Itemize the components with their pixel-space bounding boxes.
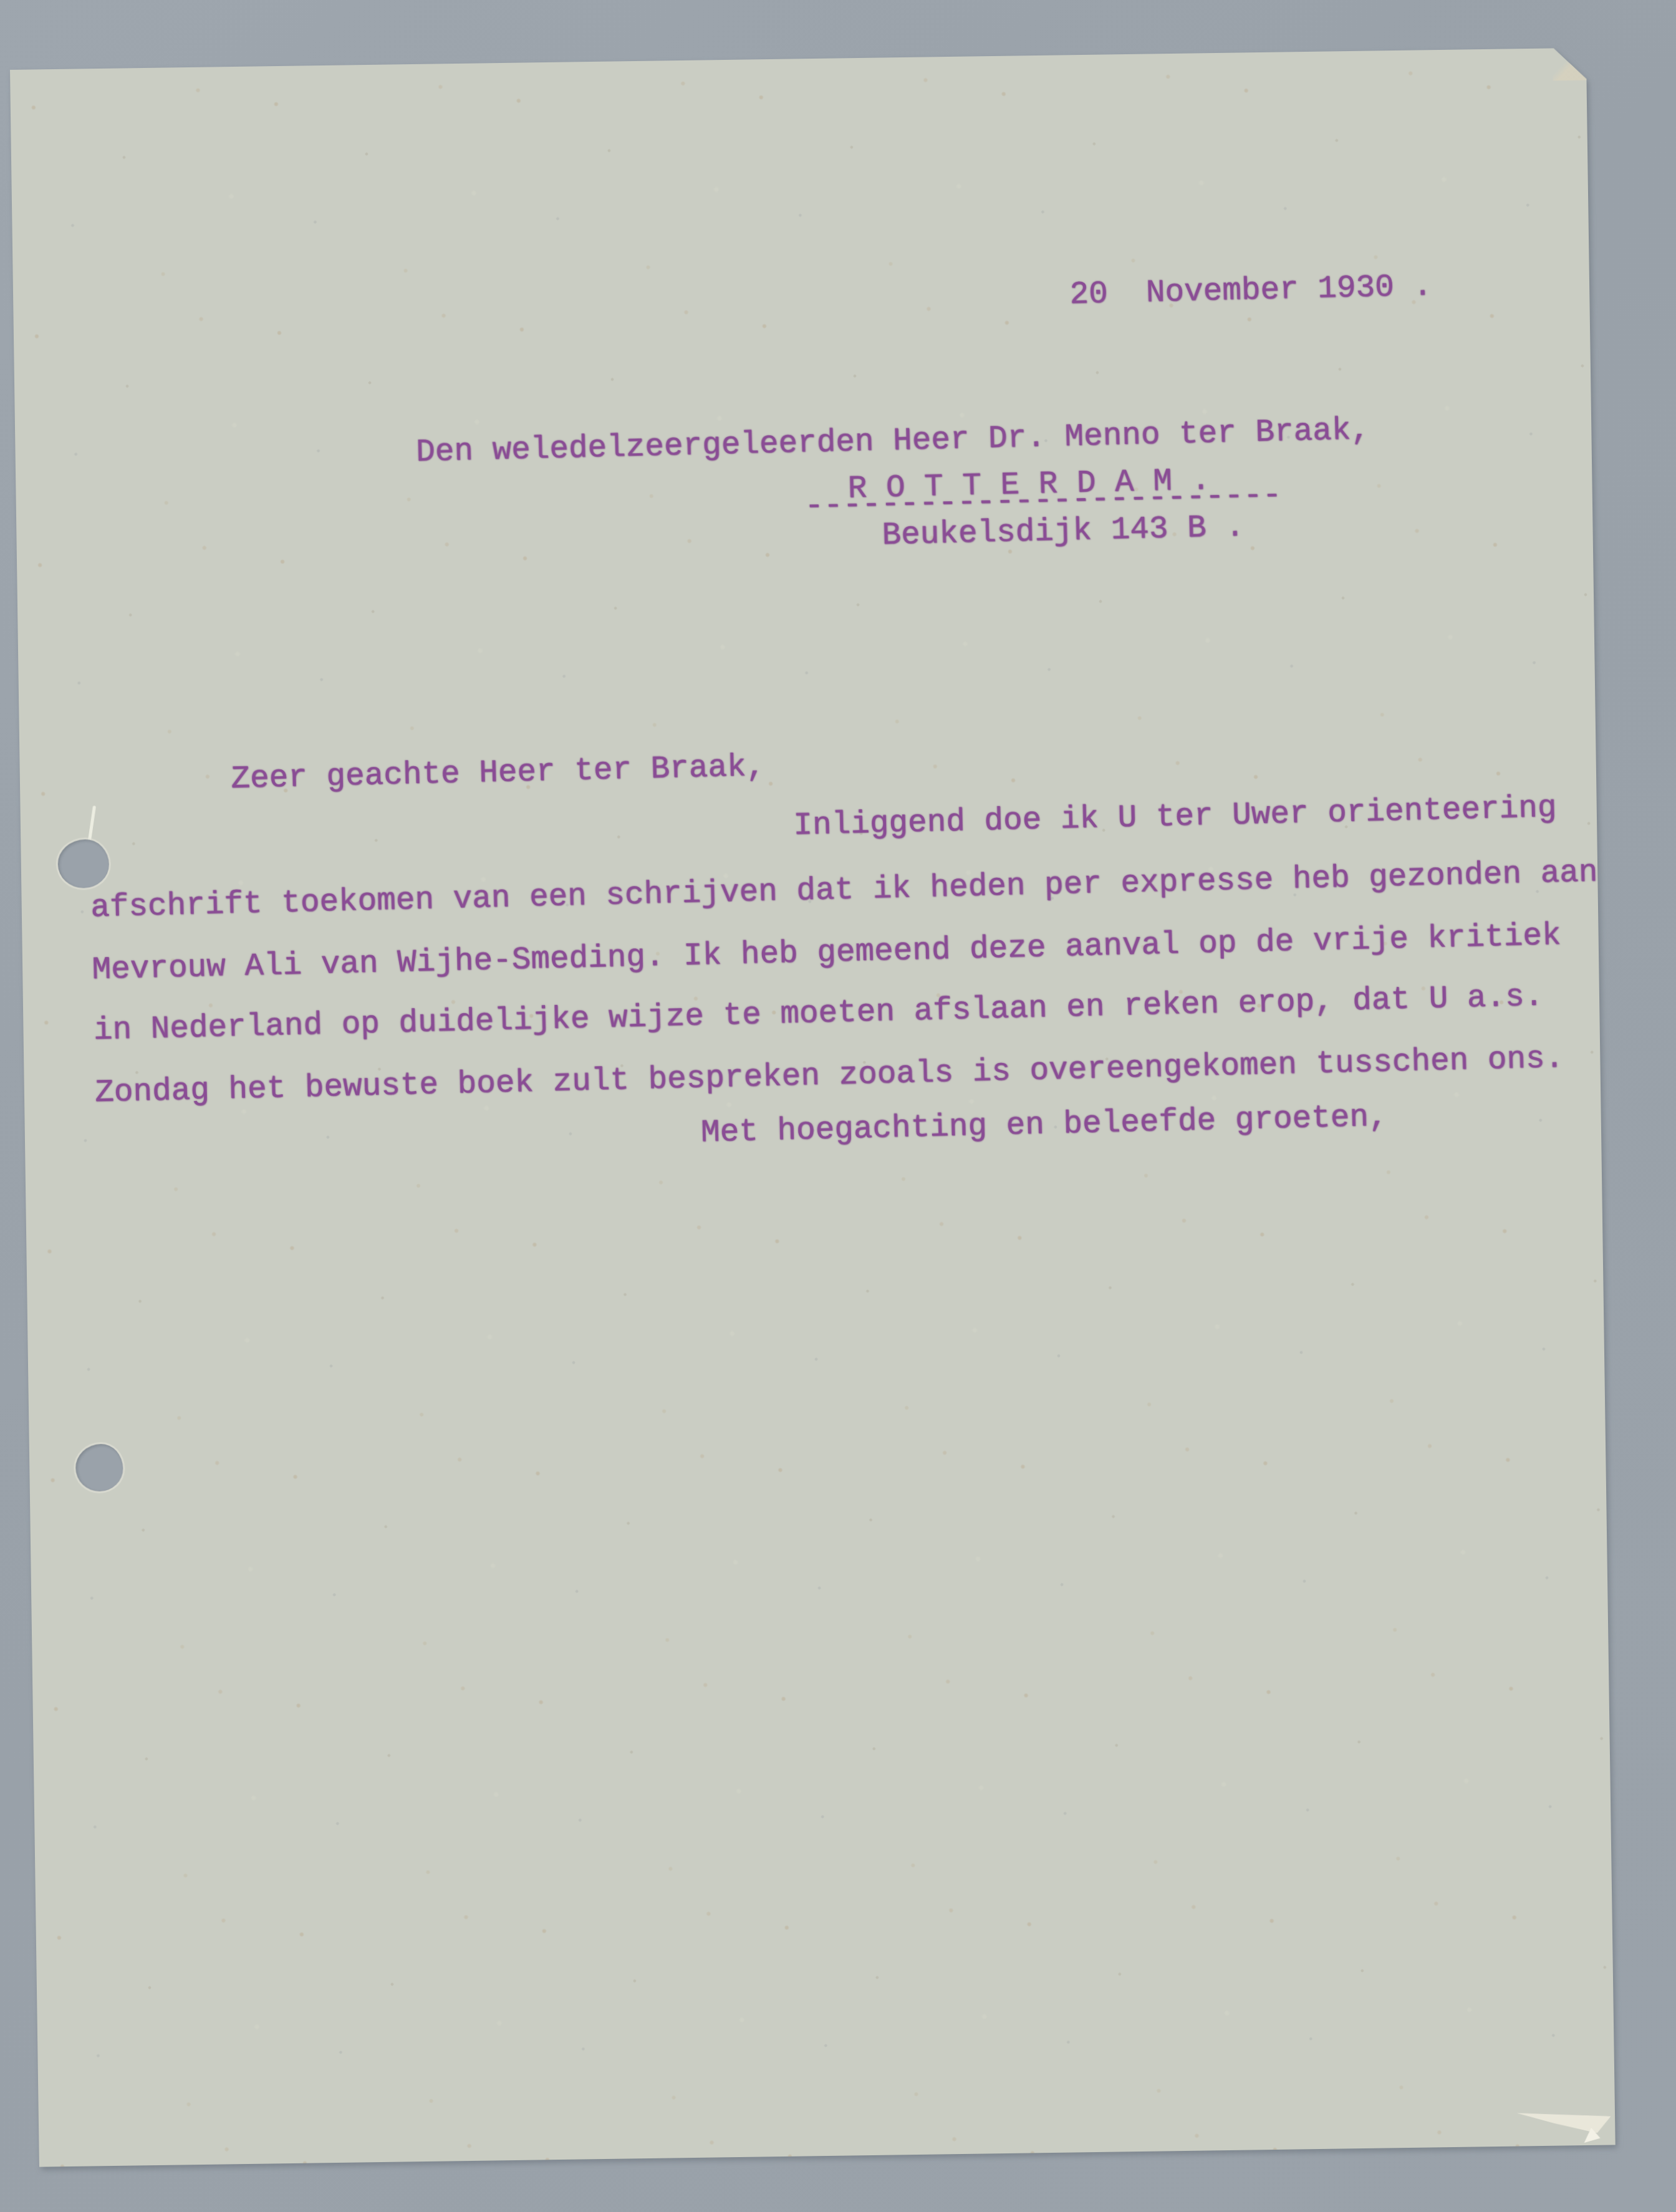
body-line-4: in Nederland op duidelijke wijze te moet… <box>93 979 1544 1051</box>
corner-fold-top-right <box>1553 48 1587 81</box>
punch-hole-bottom <box>75 1444 123 1492</box>
letter-paper: 20 November 1930 . Den weledelzeergeleer… <box>10 48 1616 2167</box>
closing-line: Met hoegachting en beleefde groeten, <box>700 1099 1388 1153</box>
salutation-line: Zeer geachte Heer ter Braak, <box>231 749 766 799</box>
punch-hole-top <box>57 839 109 888</box>
body-line-2: afschrift toekomen van een schrijven dat… <box>90 854 1599 927</box>
recipient-name-line: Den weledelzeergeleerden Heer Dr. Menno … <box>416 412 1370 472</box>
body-line-1: Inliggend doe ik U ter Uwer orienteering <box>793 790 1557 845</box>
date-line: 20 November 1930 . <box>1069 268 1433 314</box>
scanner-background: 20 November 1930 . Den weledelzeergeleer… <box>0 0 1676 2212</box>
body-line-3: Mevrouw Ali van Wijhe-Smeding. Ik heb ge… <box>92 918 1561 990</box>
letter-paper-wrap: 20 November 1930 . Den weledelzeergeleer… <box>10 48 1616 2167</box>
typewritten-text-layer: 20 November 1930 . Den weledelzeergeleer… <box>1 34 1627 2168</box>
recipient-street-line: Beukelsdijk 143 B . <box>882 509 1245 555</box>
